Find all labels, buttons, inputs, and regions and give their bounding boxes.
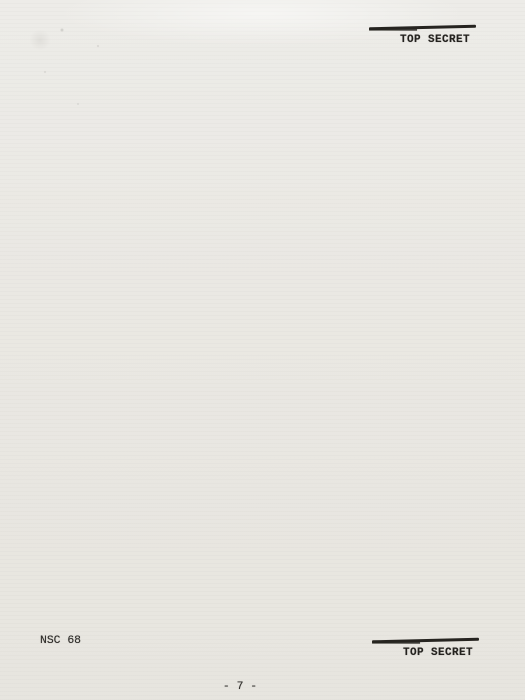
paper-background [0,0,525,700]
page-number: - 7 - [0,681,480,693]
document-id: NSC 68 [40,635,81,647]
strikethrough-line [372,638,479,643]
strikethrough-line [369,25,476,30]
classification-stamp-bottom-text: TOP SECRET [403,647,473,659]
footer: NSC 68 TOP SECRET [40,635,473,683]
classification-stamp-top-text: TOP SECRET [400,34,470,46]
classification-stamp-top: TOP SECRET [372,22,470,70]
classification-stamp-bottom: TOP SECRET [375,635,473,683]
